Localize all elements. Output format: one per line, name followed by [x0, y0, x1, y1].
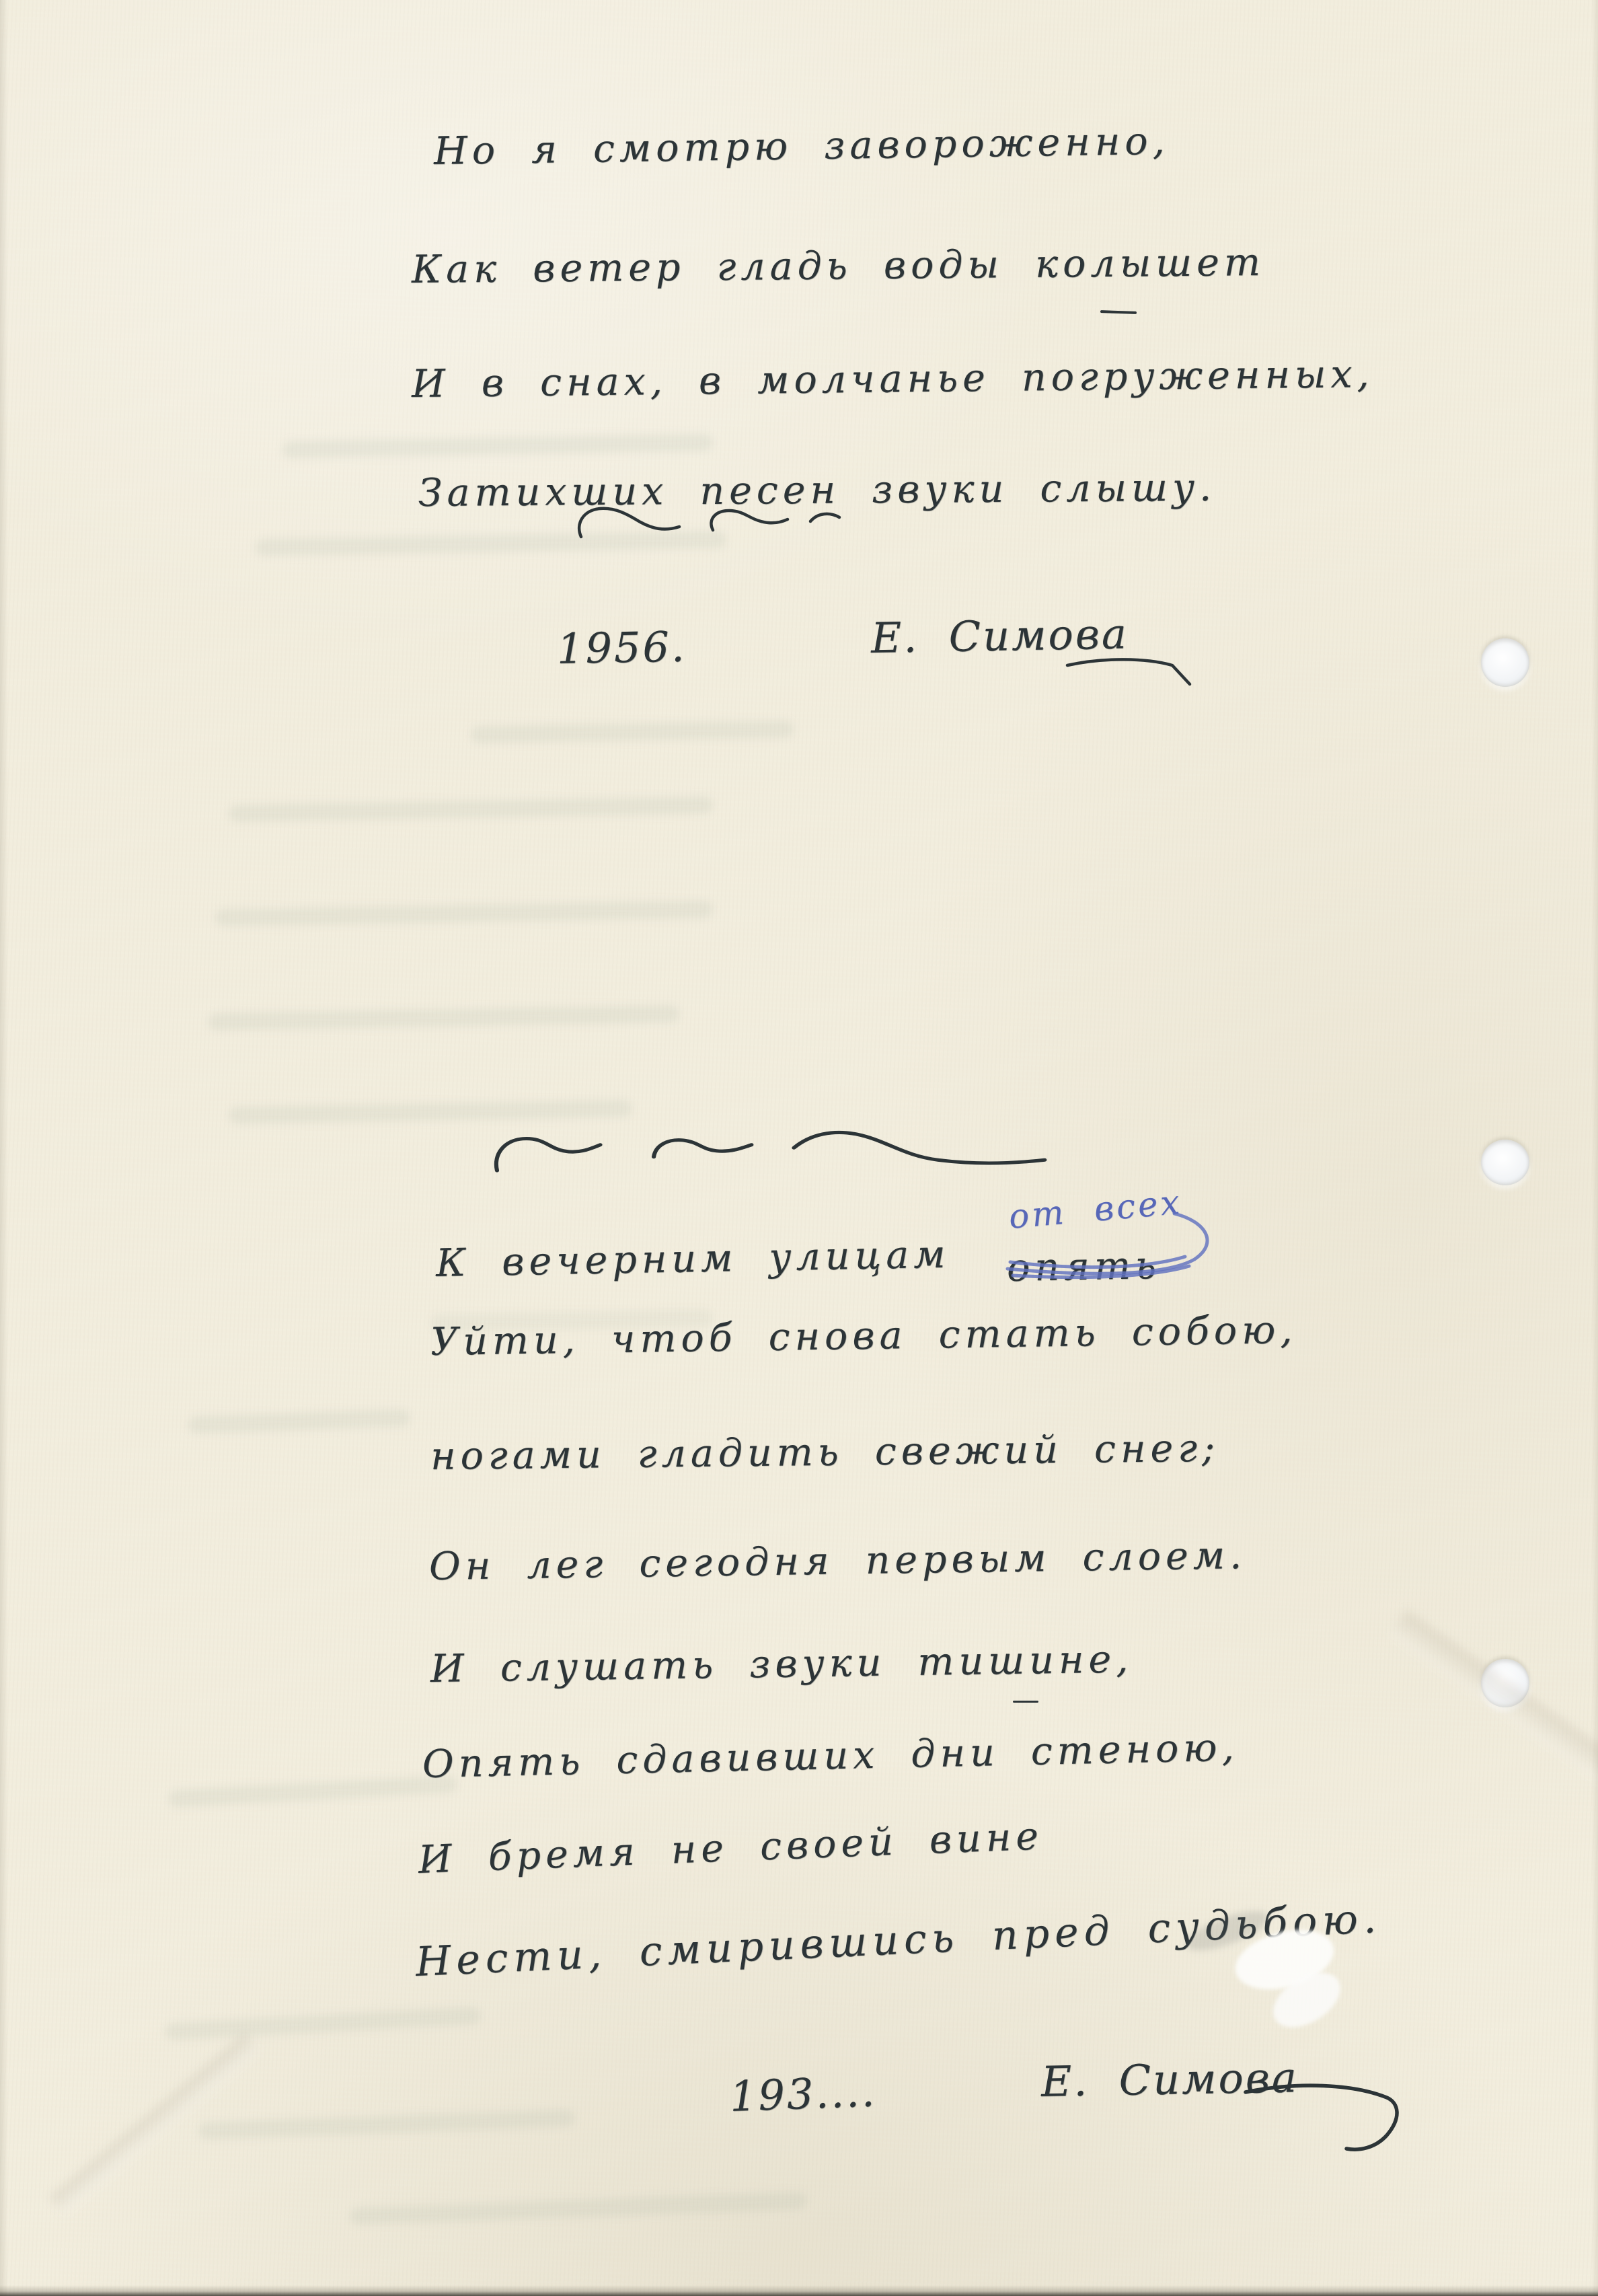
punch-hole	[1481, 638, 1529, 687]
bleed-through-line	[215, 901, 713, 927]
poem-top-line-3: И в снах, в молчанье погруженных,	[412, 352, 1374, 406]
poem-bottom-date: 193....	[729, 2067, 878, 2121]
paper-crease	[1389, 1610, 1598, 1798]
poem-bottom-line-5: И слушать звуки тишине,	[430, 1637, 1133, 1691]
bleed-through-line	[471, 720, 794, 743]
signature-flourish-icon	[1066, 656, 1194, 698]
poem-top-date: 1956.	[556, 622, 687, 673]
poem-top-line-1: Но я смотрю завороженно,	[434, 119, 1170, 174]
bleed-through-line	[168, 1775, 458, 1808]
bleed-through-line	[198, 2109, 576, 2140]
poem-bottom-line-3: ногами гладить свежий снег;	[430, 1426, 1220, 1479]
scan-edge	[0, 0, 8, 2296]
flourish-icon	[572, 503, 888, 546]
bleed-through-line	[282, 433, 713, 458]
bleed-through-line	[229, 797, 713, 823]
manuscript-page: Но я смотрю завороженно, Как ветер гладь…	[0, 0, 1598, 2296]
bleed-through-line	[188, 1409, 411, 1434]
bleed-through-line	[165, 2007, 482, 2041]
poem-bottom-line-1: К вечерним улицам	[435, 1232, 950, 1286]
poem-top-signature: Е. Симова	[870, 609, 1129, 663]
signature-flourish-icon	[1244, 2079, 1412, 2166]
poem-bottom-line-4: Он лег сегодня первым слоем.	[429, 1533, 1247, 1589]
poem-bottom-line-7: И бремя не своей вине	[418, 1814, 1044, 1882]
bleed-through-line	[229, 1100, 632, 1124]
poem-top-line-2: Как ветер гладь воды колышет	[412, 240, 1265, 292]
underline-mark	[1100, 310, 1137, 314]
punch-hole	[1481, 1140, 1529, 1185]
blue-strikethrough-swash-icon	[983, 1204, 1272, 1305]
underline-mark	[1013, 1701, 1038, 1703]
poem-bottom-line-6: Опять сдавивших дни стеною,	[422, 1726, 1239, 1787]
bleed-through-line	[208, 1005, 679, 1031]
separator-flourish-icon	[490, 1122, 1061, 1183]
scan-edge	[1591, 0, 1598, 2296]
scan-edge	[0, 2285, 1598, 2296]
bleed-through-line	[350, 2192, 807, 2225]
